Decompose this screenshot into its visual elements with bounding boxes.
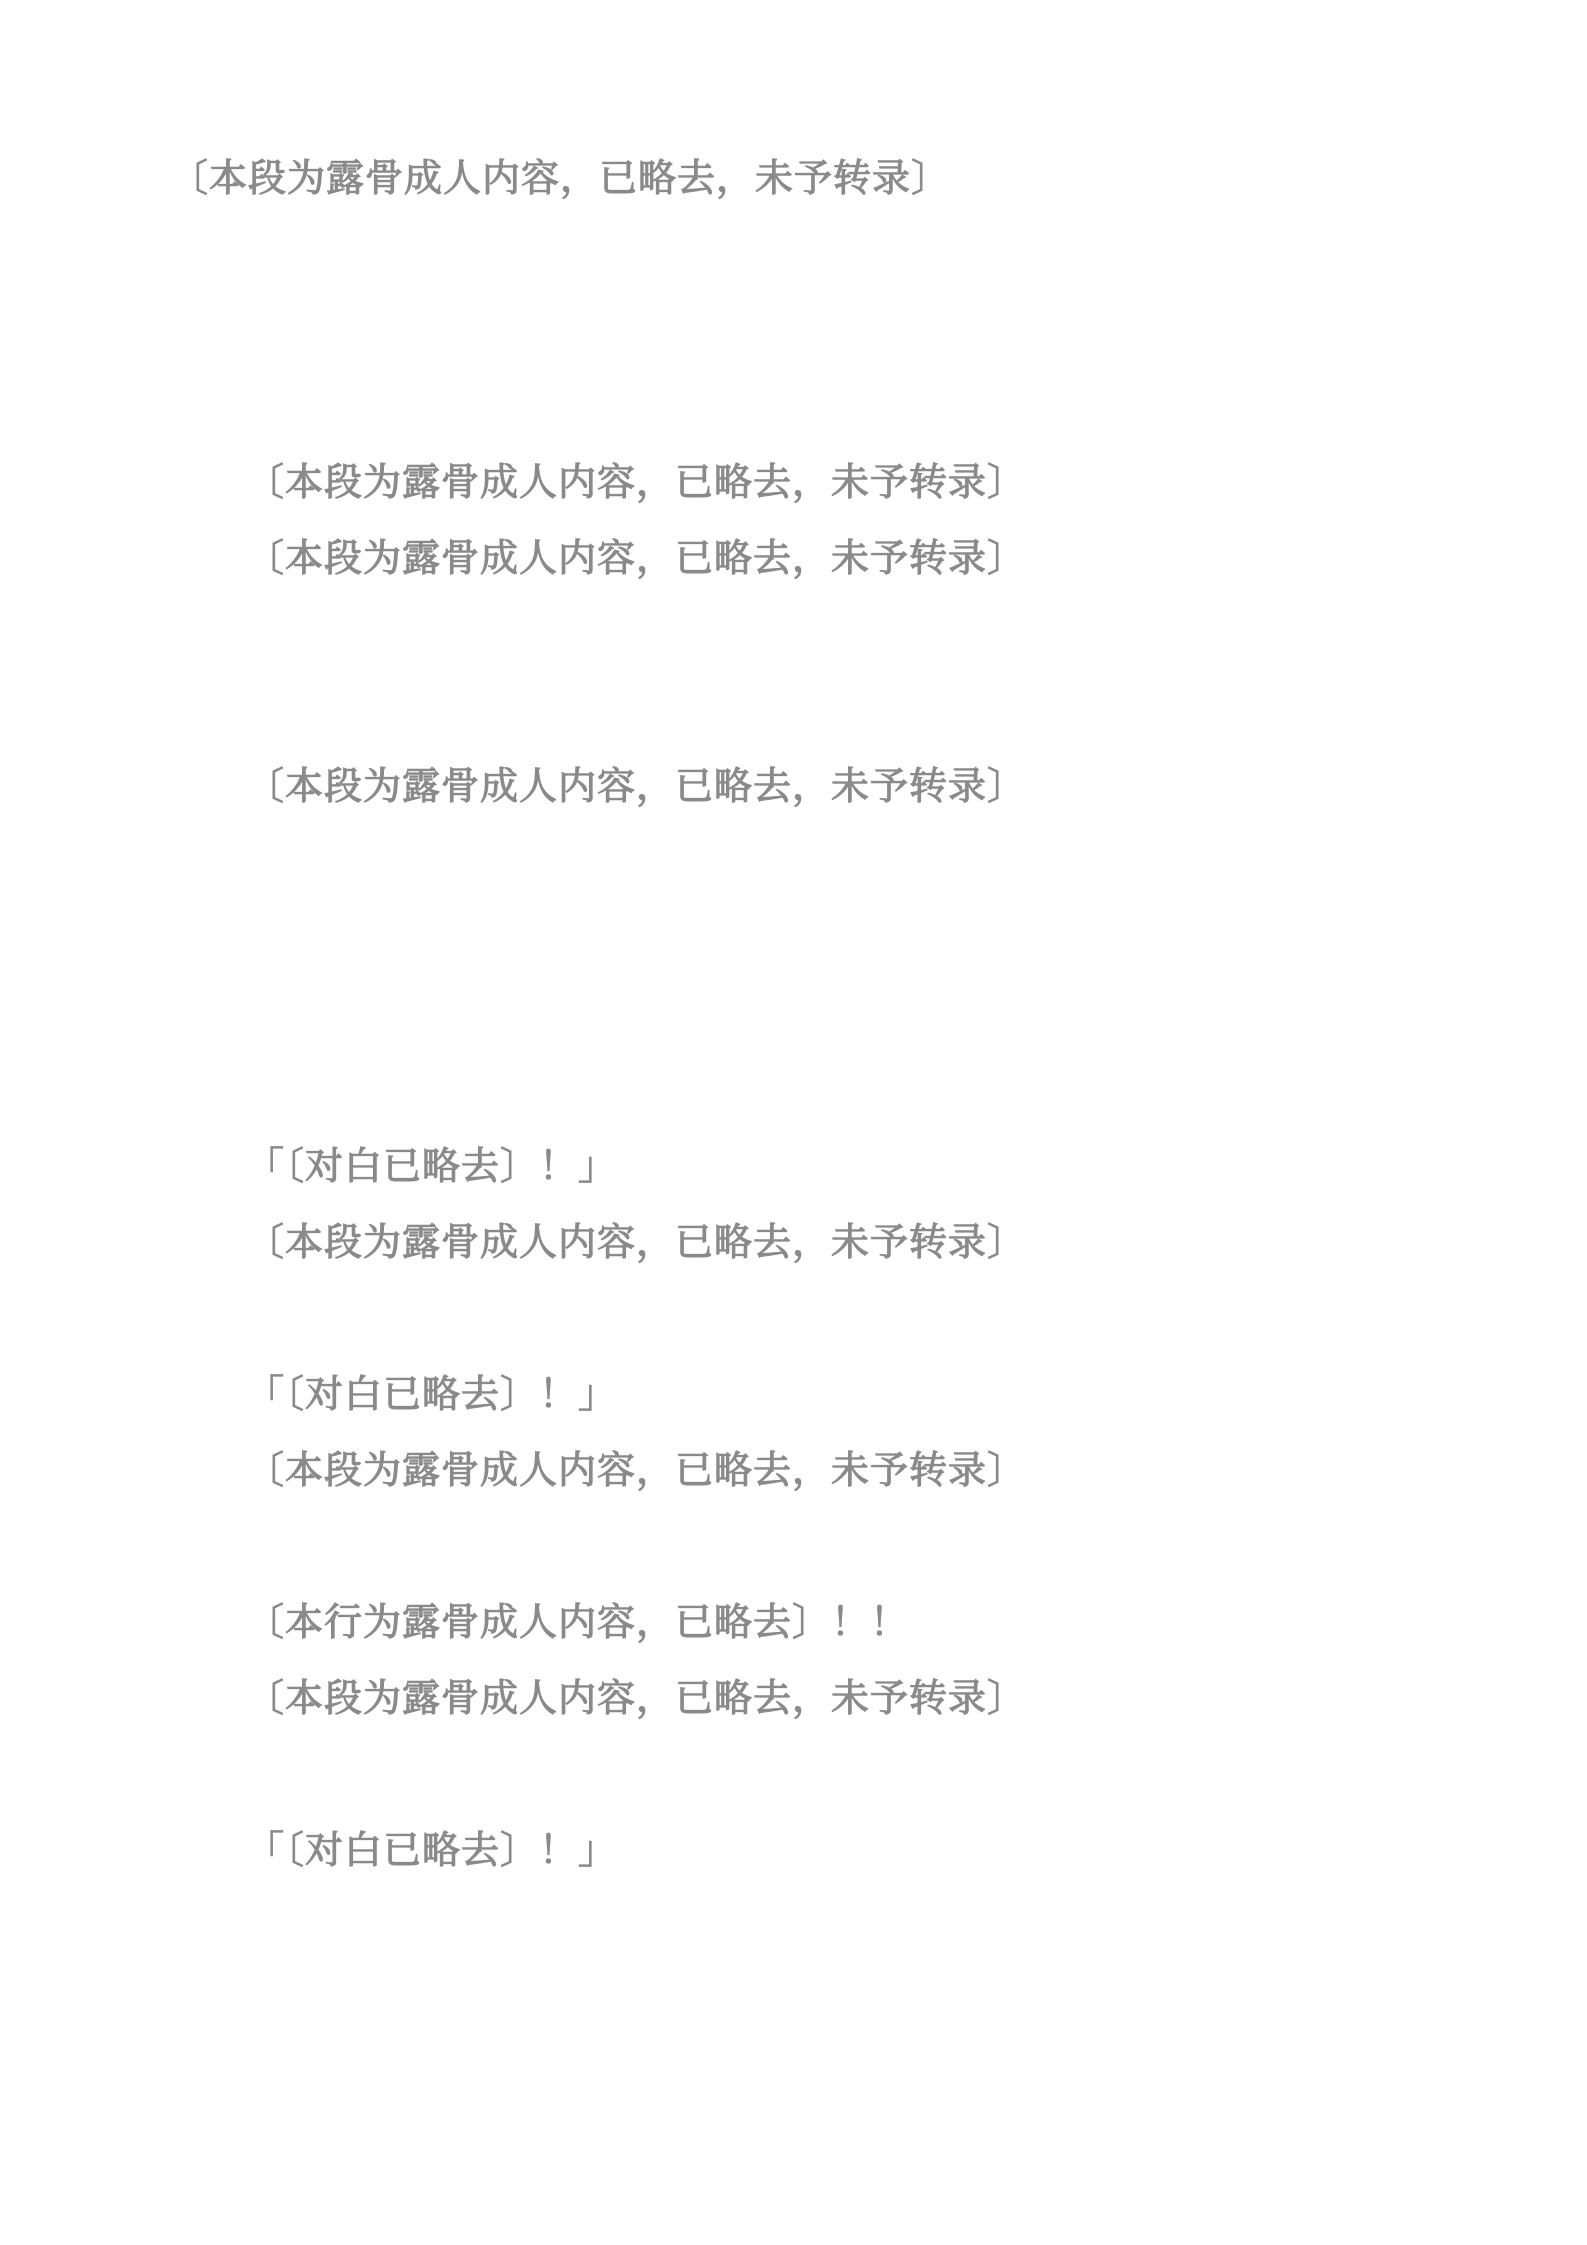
dialogue-paragraph: 「〔对白已略去〕！」 xyxy=(170,1812,1420,1888)
narration-paragraph: 〔本段为露骨成人内容，已略去，未予转录〕 xyxy=(170,520,1420,748)
narration-paragraph: 〔本段为露骨成人内容，已略去，未予转录〕 xyxy=(170,1432,1420,1584)
narration-paragraph: 〔本行为露骨成人内容，已略去〕！！ xyxy=(170,1584,1420,1660)
narration-paragraph: 〔本段为露骨成人内容，已略去，未予转录〕 xyxy=(170,444,1420,520)
document-page: 〔本段为露骨成人内容，已略去，未予转录〕〔本段为露骨成人内容，已略去，未予转录〕… xyxy=(0,0,1587,2245)
dialogue-paragraph: 「〔对白已略去〕！」 xyxy=(170,1128,1420,1204)
narration-paragraph: 〔本段为露骨成人内容，已略去，未予转录〕 xyxy=(170,748,1420,1128)
narration-paragraph: 〔本段为露骨成人内容，已略去，未予转录〕 xyxy=(170,1660,1420,1812)
text-block: 〔本段为露骨成人内容，已略去，未予转录〕〔本段为露骨成人内容，已略去，未予转录〕… xyxy=(170,140,1420,1888)
dialogue-paragraph: 「〔对白已略去〕！」 xyxy=(170,1356,1420,1432)
narration-paragraph: 〔本段为露骨成人内容，已略去，未予转录〕 xyxy=(170,140,1420,444)
narration-paragraph: 〔本段为露骨成人内容，已略去，未予转录〕 xyxy=(170,1204,1420,1356)
